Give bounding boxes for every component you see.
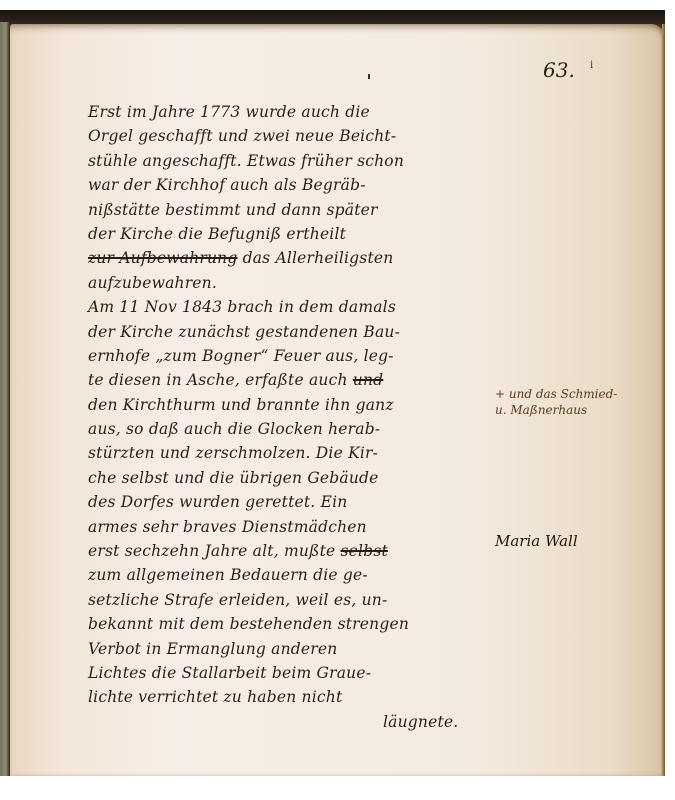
text-line: den Kirchthurm und brannte ihn ganz	[88, 393, 508, 417]
text-line: erst sechzehn Jahre alt, mußte selbst	[88, 539, 508, 563]
text-segment: erst sechzehn Jahre alt, mußte	[88, 542, 335, 560]
text-segment: te diesen in Asche, erfaßte auch	[88, 371, 348, 389]
bottom-border	[0, 776, 675, 800]
text-line: Am 11 Nov 1843 brach in dem damals	[88, 295, 508, 319]
text-line: aufzubewahren.	[88, 271, 508, 295]
margin-note-name: Maria Wall	[495, 532, 578, 550]
text-line: Lichtes die Stallarbeit beim Graue-	[88, 661, 508, 685]
struck-text: und	[353, 371, 384, 389]
text-line: nißstätte bestimmt und dann später	[88, 198, 508, 222]
text-line: zur Aufbewahrung das Allerheiligsten	[88, 246, 508, 270]
top-border	[0, 0, 675, 10]
text-line: bekannt mit dem bestehenden strengen	[88, 612, 508, 636]
text-line: stühle angeschafft. Etwas früher schon	[88, 149, 508, 173]
text-line: stürzten und zerschmolzen. Die Kir-	[88, 441, 508, 465]
text-line: te diesen in Asche, erfaßte auch und	[88, 368, 508, 392]
text-line: der Kirche die Befugniß ertheilt	[88, 222, 508, 246]
text-line: des Dorfes wurden gerettet. Ein	[88, 490, 508, 514]
text-line: Orgel geschafft und zwei neue Beicht-	[88, 124, 508, 148]
page-number: 63.	[543, 58, 575, 82]
right-page-edge	[662, 24, 665, 776]
text-segment: das Allerheiligsten	[237, 249, 393, 267]
margin-note-line: u. Maßnerhaus	[495, 402, 617, 418]
ink-mark	[368, 74, 370, 79]
text-line: ernhofe „zum Bogner“ Feuer aus, leg-	[88, 344, 508, 368]
text-line: Verbot in Ermanglung anderen	[88, 637, 508, 661]
text-line: der Kirche zunächst gestandenen Bau-	[88, 320, 508, 344]
margin-note-fire-addition: + und das Schmied- u. Maßnerhaus	[495, 386, 617, 418]
struck-text: selbst	[341, 542, 388, 560]
text-line: läugnete.	[88, 710, 508, 734]
margin-note-line: + und das Schmied-	[495, 386, 617, 402]
text-line: war der Kirchhof auch als Begräb-	[88, 173, 508, 197]
manuscript-text: Erst im Jahre 1773 wurde auch die Orgel …	[88, 100, 508, 734]
folio-mark: i	[590, 60, 593, 71]
text-line: lichte verrichtet zu haben nicht	[88, 685, 508, 709]
text-line: che selbst und die übrigen Gebäude	[88, 466, 508, 490]
text-line: armes sehr braves Dienstmädchen	[88, 515, 508, 539]
text-line: aus, so daß auch die Glocken herab-	[88, 417, 508, 441]
text-line: Erst im Jahre 1773 wurde auch die	[88, 100, 508, 124]
left-page-edge	[0, 22, 10, 777]
text-line: zum allgemeinen Bedauern die ge-	[88, 563, 508, 587]
struck-text: zur Aufbewahrung	[88, 249, 237, 267]
text-line: setzliche Strafe erleiden, weil es, un-	[88, 588, 508, 612]
